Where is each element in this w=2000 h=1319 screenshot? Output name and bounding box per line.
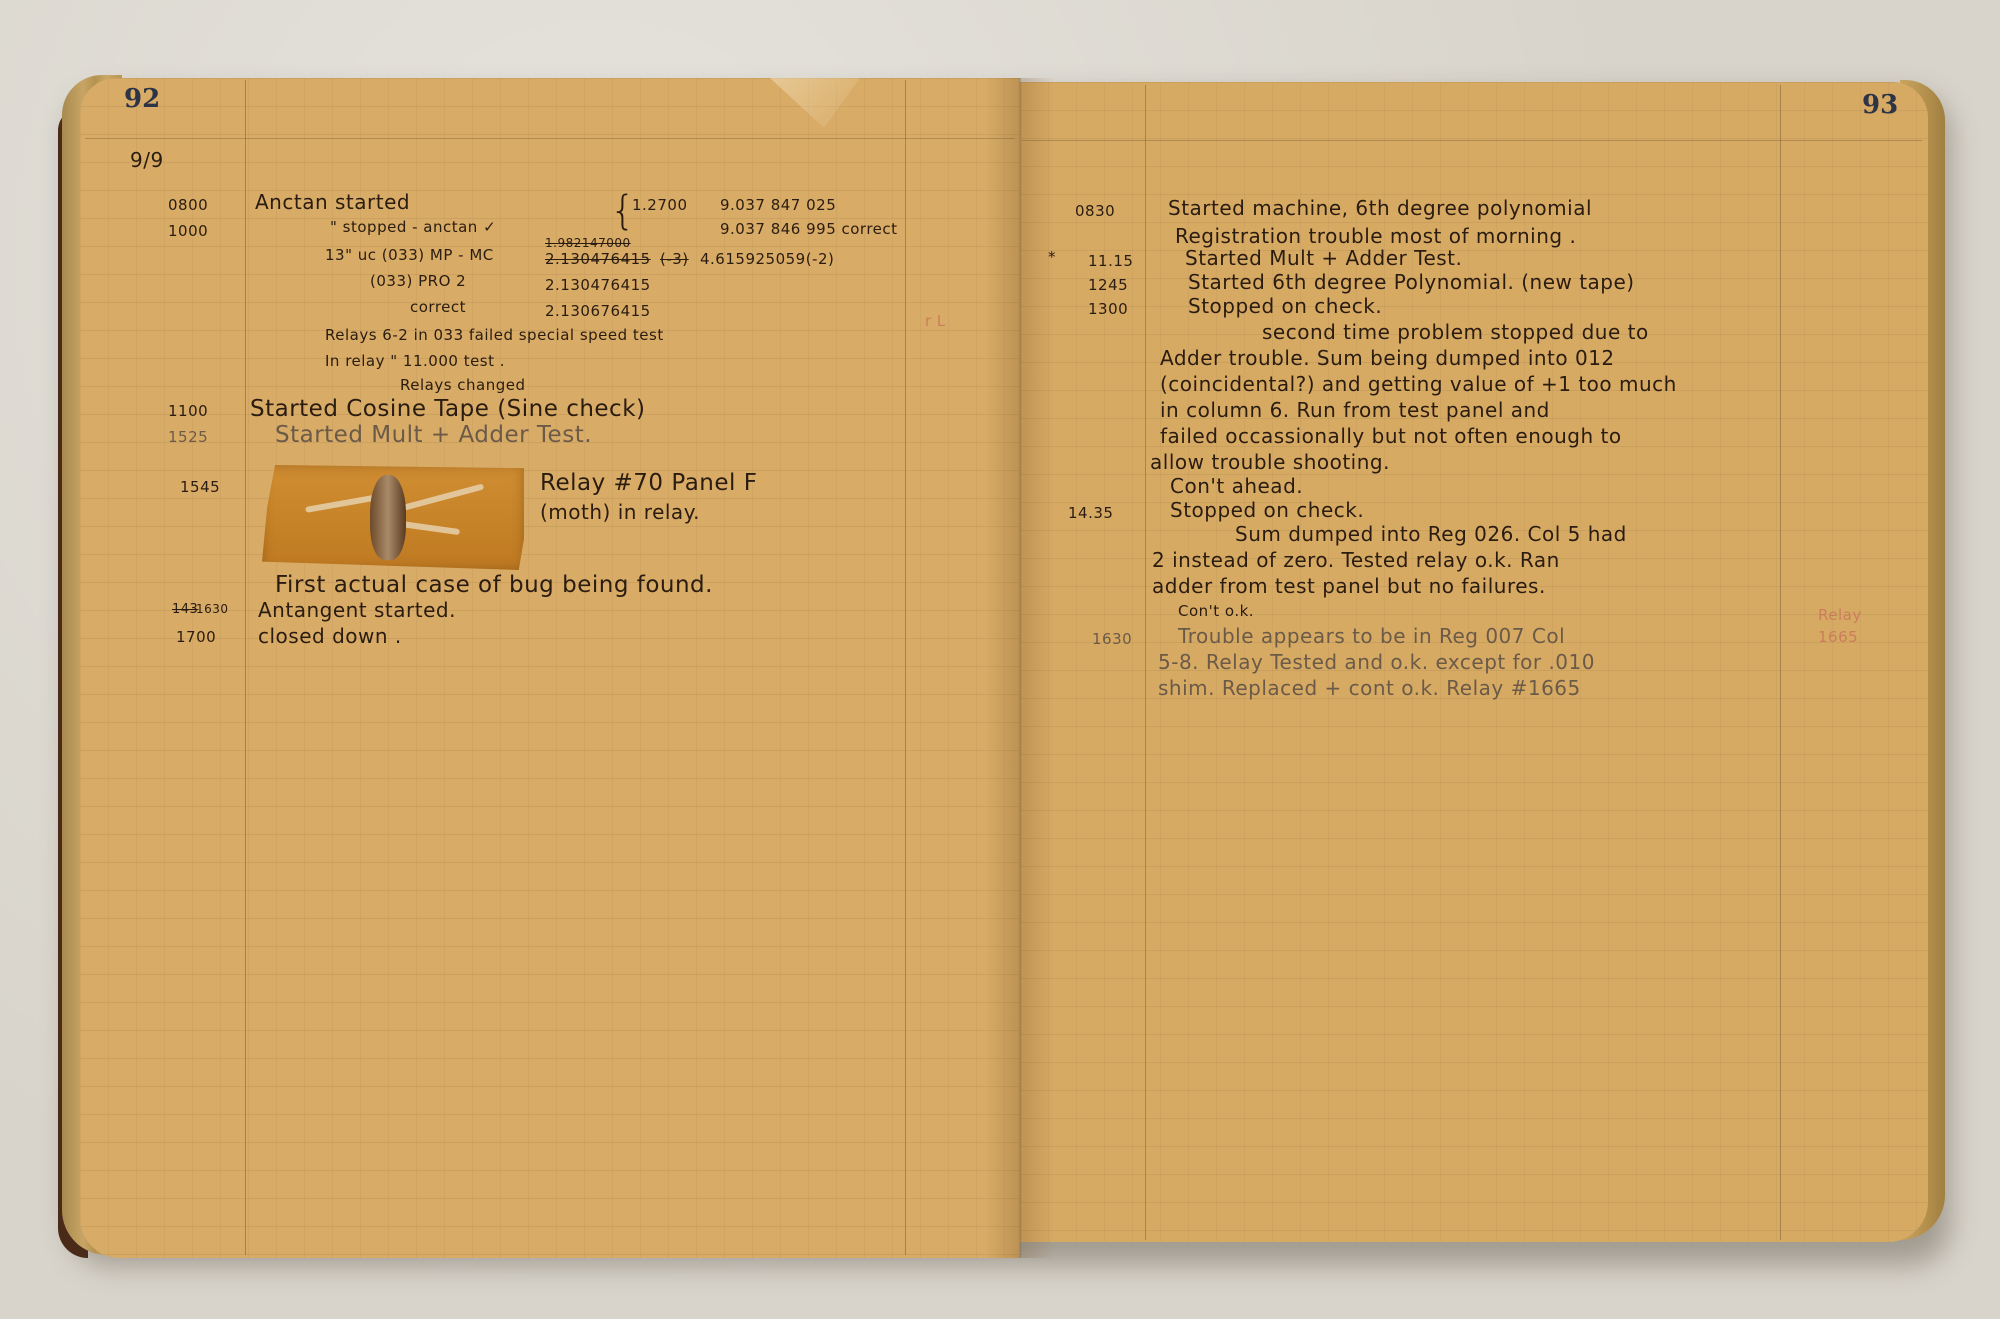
asterisk-marker: *: [1048, 248, 1056, 266]
page-number-right: 93: [1862, 90, 1898, 120]
calc-struck-value: 1.982147000: [545, 236, 631, 250]
red-margin-note: Relay 1665: [1818, 604, 1888, 648]
right-header-rule: [1022, 140, 1922, 141]
entry-text: Relays changed: [400, 376, 526, 394]
entry-text: (coincidental?) and getting value of +1 …: [1160, 372, 1677, 396]
entry-text: 13" uc (033) MP - MC: [325, 246, 494, 264]
entry-time: 1300: [1088, 300, 1128, 318]
entry-time-struck: 143: [172, 602, 198, 617]
calc-value: 4.615925059(-2): [700, 250, 834, 268]
entry-text: failed occassionally but not often enoug…: [1160, 424, 1622, 448]
entry-time: 0830: [1075, 202, 1115, 220]
entry-text-bug-found: First actual case of bug being found.: [275, 572, 713, 598]
entry-text: Stopped on check.: [1188, 294, 1382, 318]
notebook-gutter: [985, 78, 1055, 1258]
entry-text: Trouble appears to be in Reg 007 Col: [1178, 624, 1565, 648]
calc-value: 2.130676415: [545, 302, 651, 320]
calc-value: 9.037 846 995 correct: [720, 220, 898, 238]
entry-text: Registration trouble most of morning .: [1175, 224, 1576, 248]
calc-value: 9.037 847 025: [720, 196, 836, 214]
entry-time: 1545: [180, 478, 220, 496]
entry-date: 9/9: [130, 148, 164, 172]
entry-time: 1245: [1088, 276, 1128, 294]
calc-value: 2.130476415: [545, 276, 651, 294]
entry-text: correct: [410, 298, 466, 316]
entry-text: adder from test panel but no failures.: [1152, 574, 1546, 598]
entry-text: Con't ahead.: [1170, 474, 1303, 498]
right-page-margin-line: [1145, 85, 1146, 1240]
entry-text: second time problem stopped due to: [1262, 320, 1649, 344]
entry-text: closed down .: [258, 624, 402, 648]
entry-text: (moth) in relay.: [540, 500, 700, 524]
entry-text: Started Mult + Adder Test.: [275, 422, 592, 448]
entry-text: Started machine, 6th degree polynomial: [1168, 196, 1592, 220]
calc-struck-suffix: (-3): [660, 250, 689, 268]
entry-text: Started Cosine Tape (Sine check): [250, 396, 646, 422]
entry-text: Stopped on check.: [1170, 498, 1364, 522]
calc-struck-value: 2.130476415: [545, 250, 651, 268]
moth-icon: [370, 475, 406, 560]
left-page-right-rule: [905, 80, 906, 1255]
red-margin-mark: r L: [925, 312, 946, 330]
entry-time: 1630: [1092, 630, 1132, 648]
entry-text: Sum dumped into Reg 026. Col 5 had: [1235, 522, 1627, 546]
entry-text: Anctan started: [255, 190, 410, 214]
entry-time: 1700: [176, 628, 216, 646]
left-page-margin-line: [245, 80, 246, 1255]
left-header-rule: [85, 138, 1015, 139]
entry-text: In relay " 11.000 test .: [325, 352, 505, 370]
entry-time: 1630: [196, 602, 229, 616]
entry-text: Antangent started.: [258, 598, 456, 622]
entry-time: 1525: [168, 428, 208, 446]
entry-text: in column 6. Run from test panel and: [1160, 398, 1550, 422]
entry-time: 1100: [168, 402, 208, 420]
entry-time: 0800: [168, 196, 208, 214]
calc-brace-label: 1.2700: [632, 196, 688, 214]
entry-text: 5-8. Relay Tested and o.k. except for .0…: [1158, 650, 1595, 674]
entry-time: 1000: [168, 222, 208, 240]
entry-text: Con't o.k.: [1178, 602, 1254, 620]
entry-text: Started 6th degree Polynomial. (new tape…: [1188, 270, 1635, 294]
entry-text: Relay #70 Panel F: [540, 470, 757, 496]
right-page-right-rule: [1780, 85, 1781, 1240]
entry-text: (033) PRO 2: [370, 272, 466, 290]
page-number-left: 92: [124, 84, 160, 114]
entry-time: 14.35: [1068, 504, 1113, 522]
entry-text: shim. Replaced + cont o.k. Relay #1665: [1158, 676, 1581, 700]
entry-text: Adder trouble. Sum being dumped into 012: [1160, 346, 1615, 370]
entry-text: " stopped - anctan ✓: [330, 218, 496, 236]
entry-text: 2 instead of zero. Tested relay o.k. Ran: [1152, 548, 1560, 572]
entry-text: allow trouble shooting.: [1150, 450, 1390, 474]
entry-text: Relays 6-2 in 033 failed special speed t…: [325, 326, 664, 344]
entry-text: Started Mult + Adder Test.: [1185, 246, 1462, 270]
entry-time: 11.15: [1088, 252, 1133, 270]
